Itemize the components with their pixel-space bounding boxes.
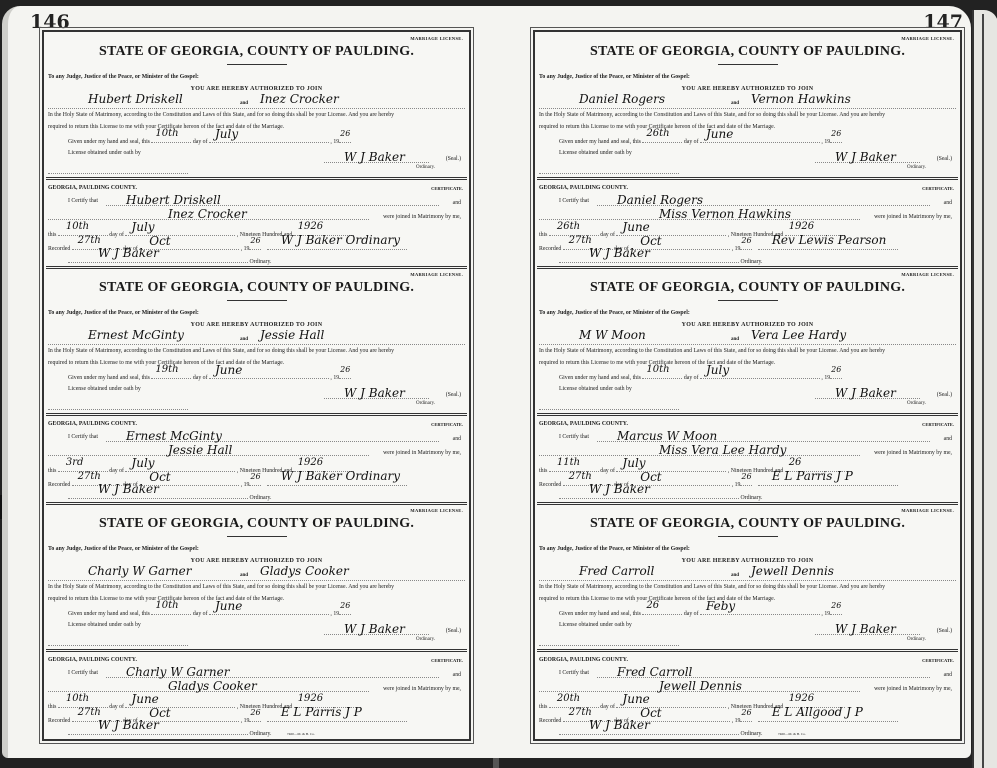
marriage-license-mark: MARRIAGE LICENSE. [410, 272, 463, 277]
marriage-license-mark: MARRIAGE LICENSE. [410, 508, 463, 513]
recorded-by-signature: W J Baker [98, 718, 159, 732]
license-body-1: In the Holy State of Matrimony, accordin… [48, 348, 394, 354]
given-month: June [215, 363, 242, 377]
this-label: this [48, 704, 56, 710]
seal-label: (Seal.) [937, 628, 952, 634]
oath-label: License obtained under oath by [68, 386, 141, 392]
license-title: STATE OF GEORGIA, COUNTY OF PAULDING. [535, 280, 960, 296]
ordinary-label: Ordinary. [416, 165, 435, 170]
seal-label: (Seal.) [446, 392, 461, 398]
given-day: 19th [155, 364, 178, 375]
recorded-year: 26 [741, 472, 751, 481]
page-edge [972, 10, 997, 768]
ordinary-signature: W J Baker [835, 622, 896, 636]
seal-label: (Seal.) [446, 156, 461, 162]
and-label: and [731, 337, 739, 342]
day-of-label: day of [600, 232, 615, 238]
given-label: Given under my hand and seal, this [559, 611, 641, 617]
oath-line [539, 409, 679, 410]
cert-groom-line: Charly W Garner [106, 677, 439, 678]
marriage-license-146-2: MARRIAGE LICENSE. STATE OF GEORGIA, COUN… [44, 268, 469, 503]
section-separator [537, 177, 958, 180]
cert-bride-name: Miss Vernon Hawkins [659, 207, 791, 221]
recorded-label: Recorded [539, 482, 561, 488]
given-line: Given under my hand and seal, this 26 da… [559, 608, 939, 617]
cert-groom-name: Fred Carroll [617, 665, 692, 679]
and-label: and [240, 337, 248, 342]
ordinary-label: Ordinary. [907, 637, 926, 642]
married-year: 26 [789, 457, 802, 468]
given-label: Given under my hand and seal, this [68, 139, 150, 145]
joined-label: were joined in Matrimony by me, [874, 450, 952, 456]
day-of-label: day of [684, 611, 699, 617]
cert-groom-name: Daniel Rogers [617, 193, 703, 207]
certificate-heading: GEORGIA, PAULDING COUNTY. [539, 421, 628, 427]
given-day: 10th [155, 128, 178, 139]
cert-bride-line: Gladys Cooker [48, 691, 369, 692]
married-month: July [131, 456, 154, 470]
marriage-license-146-1: MARRIAGE LICENSE. STATE OF GEORGIA, COUN… [44, 32, 469, 267]
and-label: and [731, 573, 739, 578]
ordinary-signature-line: W J Baker [815, 634, 920, 635]
recorded-day: 27th [569, 471, 592, 482]
day-of-label: day of [109, 232, 124, 238]
year-prefix: , 19 [330, 611, 339, 617]
title-rule [718, 536, 778, 537]
certificate-mark: CERTIFICATE. [431, 422, 463, 427]
cert-bride-name: Jewell Dennis [659, 679, 742, 693]
license-title: STATE OF GEORGIA, COUNTY OF PAULDING. [535, 516, 960, 532]
names-line: Fred Carroll and Jewell Dennis [539, 564, 956, 581]
cert-bride-line: Jessie Hall [48, 455, 369, 456]
recorded-label: Recorded [539, 718, 561, 724]
recorded-by-line: W J Baker Ordinary. [48, 256, 348, 265]
groom-name: Charly W Garner [88, 564, 191, 578]
recorded-year: 26 [250, 472, 260, 481]
ordinary-label: Ordinary. [907, 401, 926, 406]
ordinary-signature-line: W J Baker [324, 634, 429, 635]
cert-groom-line: Daniel Rogers [597, 205, 930, 206]
given-year: 26 [831, 365, 841, 374]
recorded-label: Recorded [48, 482, 70, 488]
given-year: 26 [340, 601, 350, 610]
addressee-line: To any Judge, Justice of the Peace, or M… [539, 546, 690, 552]
day-of-label: day of [193, 375, 208, 381]
day-of-label: day of [193, 611, 208, 617]
given-year: 26 [831, 129, 841, 138]
oath-label: License obtained under oath by [68, 150, 141, 156]
given-month: July [215, 127, 238, 141]
recorded-label: Recorded [539, 246, 561, 252]
marriage-license-147-1: MARRIAGE LICENSE. STATE OF GEORGIA, COUN… [535, 32, 960, 267]
printer-mark: 7460—M. & B. Co. [778, 732, 806, 736]
ordinary-label: Ordinary. [740, 495, 762, 501]
married-month: July [622, 456, 645, 470]
year-prefix: , 19 [330, 375, 339, 381]
day-of-label: day of [109, 704, 124, 710]
addressee-line: To any Judge, Justice of the Peace, or M… [539, 310, 690, 316]
year-prefix: , 19 [821, 139, 830, 145]
certify-label: I Certify that [68, 670, 98, 676]
this-label: this [539, 704, 547, 710]
day-of-label: day of [684, 375, 699, 381]
joined-label: were joined in Matrimony by me, [383, 686, 461, 692]
recorded-by-line: W J Baker Ordinary. 7460—M. & B. Co. [539, 728, 839, 737]
oath-line [48, 645, 188, 646]
license-body-1: In the Holy State of Matrimony, accordin… [539, 112, 885, 118]
given-label: Given under my hand and seal, this [68, 611, 150, 617]
ordinary-label: Ordinary. [416, 401, 435, 406]
section-separator [537, 649, 958, 652]
license-body-1: In the Holy State of Matrimony, accordin… [539, 584, 885, 590]
recorded-label: Recorded [48, 718, 70, 724]
married-day: 10th [66, 693, 89, 704]
joined-label: were joined in Matrimony by me, [874, 686, 952, 692]
marriage-license-mark: MARRIAGE LICENSE. [901, 508, 954, 513]
cert-bride-name: Gladys Cooker [168, 679, 257, 693]
oath-label: License obtained under oath by [559, 386, 632, 392]
bride-name: Jessie Hall [260, 328, 324, 342]
recorded-by-signature: W J Baker [98, 246, 159, 260]
ordinary-label: Ordinary. [907, 165, 926, 170]
given-year: 26 [340, 129, 350, 138]
bride-name: Inez Crocker [260, 92, 339, 106]
ordinary-signature-line: W J Baker [815, 162, 920, 163]
married-day: 3rd [66, 457, 84, 468]
names-line: M W Moon and Vera Lee Hardy [539, 328, 956, 345]
cert-groom-line: Hubert Driskell [106, 205, 439, 206]
and-label: and [240, 573, 248, 578]
given-year: 26 [831, 601, 841, 610]
recorded-year: 26 [250, 708, 260, 717]
given-label: Given under my hand and seal, this [559, 139, 641, 145]
printer-mark: 7460—M. & B. Co. [287, 732, 315, 736]
year-prefix: , 19 [732, 246, 741, 252]
oath-line [539, 173, 679, 174]
married-year: 1926 [298, 221, 323, 232]
license-title: STATE OF GEORGIA, COUNTY OF PAULDING. [44, 44, 469, 60]
recorded-by-line: W J Baker Ordinary. [539, 256, 839, 265]
married-year: 1926 [298, 457, 323, 468]
groom-name: Ernest McGinty [88, 328, 184, 342]
cert-and-label: and [453, 200, 461, 206]
cert-groom-name: Charly W Garner [126, 665, 229, 679]
given-label: Given under my hand and seal, this [68, 375, 150, 381]
given-day: 10th [155, 600, 178, 611]
certify-label: I Certify that [559, 434, 589, 440]
year-prefix: , 19 [330, 139, 339, 145]
married-day: 26th [557, 221, 580, 232]
married-day: 20th [557, 693, 580, 704]
day-of-label: day of [193, 139, 208, 145]
recorded-year: 26 [250, 236, 260, 245]
given-year: 26 [340, 365, 350, 374]
given-day: 26th [646, 128, 669, 139]
and-label: and [731, 101, 739, 106]
marriage-license-mark: MARRIAGE LICENSE. [901, 36, 954, 41]
given-month: June [706, 127, 733, 141]
married-year: 1926 [789, 221, 814, 232]
ordinary-label: Ordinary. [249, 259, 271, 265]
marriage-license-mark: MARRIAGE LICENSE. [901, 272, 954, 277]
addressee-line: To any Judge, Justice of the Peace, or M… [48, 74, 199, 80]
names-line: Ernest McGinty and Jessie Hall [48, 328, 465, 345]
left-frame: MARRIAGE LICENSE. STATE OF GEORGIA, COUN… [42, 30, 471, 741]
given-line: Given under my hand and seal, this 19th … [68, 372, 448, 381]
recorded-by-line: W J Baker Ordinary. 7460—M. & B. Co. [48, 728, 348, 737]
joined-label: were joined in Matrimony by me, [874, 214, 952, 220]
oath-label: License obtained under oath by [559, 150, 632, 156]
certificate-heading: GEORGIA, PAULDING COUNTY. [539, 185, 628, 191]
this-label: this [48, 468, 56, 474]
ordinary-signature: W J Baker [835, 386, 896, 400]
recorded-day: 27th [78, 235, 101, 246]
ordinary-label: Ordinary. [249, 495, 271, 501]
joined-label: were joined in Matrimony by me, [383, 214, 461, 220]
given-line: Given under my hand and seal, this 10th … [559, 372, 939, 381]
officiant-signature: W J Baker Ordinary [281, 233, 400, 247]
seal-label: (Seal.) [446, 628, 461, 634]
joined-label: were joined in Matrimony by me, [383, 450, 461, 456]
title-rule [718, 64, 778, 65]
cert-and-label: and [944, 200, 952, 206]
license-title: STATE OF GEORGIA, COUNTY OF PAULDING. [535, 44, 960, 60]
given-month: Feby [706, 599, 735, 613]
this-label: this [48, 232, 56, 238]
right-frame: MARRIAGE LICENSE. STATE OF GEORGIA, COUN… [533, 30, 962, 741]
cert-and-label: and [944, 436, 952, 442]
recorded-year: 26 [741, 236, 751, 245]
section-separator [46, 649, 467, 652]
year-prefix: , 19 [732, 482, 741, 488]
title-rule [227, 300, 287, 301]
officiant-signature: E L Parris J P [772, 469, 853, 483]
year-prefix: , 19 [241, 246, 250, 252]
married-month: June [622, 692, 649, 706]
ordinary-label: Ordinary. [416, 637, 435, 642]
recorded-by-line: W J Baker Ordinary. [539, 492, 839, 501]
addressee-line: To any Judge, Justice of the Peace, or M… [48, 546, 199, 552]
certify-label: I Certify that [68, 198, 98, 204]
recorded-by-line: W J Baker Ordinary. [48, 492, 348, 501]
officiant-signature: W J Baker Ordinary [281, 469, 400, 483]
ordinary-signature-line: W J Baker [815, 398, 920, 399]
license-body-1: In the Holy State of Matrimony, accordin… [48, 112, 394, 118]
married-month: July [131, 220, 154, 234]
cert-groom-line: Fred Carroll [597, 677, 930, 678]
recorded-day: 27th [569, 707, 592, 718]
marriage-license-146-3: MARRIAGE LICENSE. STATE OF GEORGIA, COUN… [44, 504, 469, 739]
oath-line [48, 173, 188, 174]
ordinary-label: Ordinary. [249, 731, 271, 737]
section-separator [537, 413, 958, 416]
certify-label: I Certify that [559, 670, 589, 676]
license-title: STATE OF GEORGIA, COUNTY OF PAULDING. [44, 516, 469, 532]
certificate-mark: CERTIFICATE. [922, 658, 954, 663]
license-body-1: In the Holy State of Matrimony, accordin… [539, 348, 885, 354]
ordinary-signature-line: W J Baker [324, 162, 429, 163]
cert-groom-name: Marcus W Moon [617, 429, 717, 443]
officiant-signature: Rev Lewis Pearson [772, 233, 887, 247]
groom-name: Fred Carroll [579, 564, 654, 578]
ordinary-label: Ordinary. [740, 259, 762, 265]
certificate-heading: GEORGIA, PAULDING COUNTY. [48, 185, 137, 191]
day-of-label: day of [600, 704, 615, 710]
year-prefix: , 19 [241, 718, 250, 724]
title-rule [227, 536, 287, 537]
ordinary-signature: W J Baker [344, 386, 405, 400]
married-year: 1926 [298, 693, 323, 704]
certificate-mark: CERTIFICATE. [431, 658, 463, 663]
cert-and-label: and [944, 672, 952, 678]
this-label: this [539, 468, 547, 474]
license-title: STATE OF GEORGIA, COUNTY OF PAULDING. [44, 280, 469, 296]
oath-label: License obtained under oath by [68, 622, 141, 628]
cert-groom-line: Ernest McGinty [106, 441, 439, 442]
certificate-heading: GEORGIA, PAULDING COUNTY. [48, 657, 137, 663]
oath-label: License obtained under oath by [559, 622, 632, 628]
cert-and-label: and [453, 672, 461, 678]
certificate-heading: GEORGIA, PAULDING COUNTY. [48, 421, 137, 427]
cert-bride-name: Miss Vera Lee Hardy [659, 443, 786, 457]
officiant-signature: E L Parris J P [281, 705, 362, 719]
certificate-mark: CERTIFICATE. [922, 186, 954, 191]
recorded-day: 27th [78, 471, 101, 482]
seal-label: (Seal.) [937, 392, 952, 398]
recorded-by-signature: W J Baker [589, 718, 650, 732]
names-line: Hubert Driskell and Inez Crocker [48, 92, 465, 109]
addressee-line: To any Judge, Justice of the Peace, or M… [48, 310, 199, 316]
recorded-day: 27th [569, 235, 592, 246]
cert-groom-line: Marcus W Moon [597, 441, 930, 442]
bride-name: Jewell Dennis [751, 564, 834, 578]
ordinary-signature: W J Baker [344, 622, 405, 636]
cert-bride-line: Inez Crocker [48, 219, 369, 220]
recorded-by-signature: W J Baker [589, 482, 650, 496]
day-of-label: day of [109, 468, 124, 474]
given-day: 26 [646, 600, 659, 611]
certificate-mark: CERTIFICATE. [922, 422, 954, 427]
recorded-label: Recorded [48, 246, 70, 252]
oath-line [48, 409, 188, 410]
names-line: Charly W Garner and Gladys Cooker [48, 564, 465, 581]
given-label: Given under my hand and seal, this [559, 375, 641, 381]
given-month: July [706, 363, 729, 377]
year-prefix: , 19 [732, 718, 741, 724]
bride-name: Vernon Hawkins [751, 92, 851, 106]
title-rule [718, 300, 778, 301]
day-of-label: day of [684, 139, 699, 145]
marriage-license-147-2: MARRIAGE LICENSE. STATE OF GEORGIA, COUN… [535, 268, 960, 503]
and-label: and [240, 101, 248, 106]
year-prefix: , 19 [821, 375, 830, 381]
section-separator [46, 413, 467, 416]
ordinary-signature: W J Baker [835, 150, 896, 164]
cert-bride-line: Miss Vernon Hawkins [539, 219, 860, 220]
cert-bride-name: Inez Crocker [168, 207, 247, 221]
ordinary-signature-line: W J Baker [324, 398, 429, 399]
day-of-label: day of [600, 468, 615, 474]
cert-groom-name: Hubert Driskell [126, 193, 221, 207]
married-day: 11th [557, 457, 580, 468]
married-month: June [131, 692, 158, 706]
certificate-heading: GEORGIA, PAULDING COUNTY. [539, 657, 628, 663]
seal-label: (Seal.) [937, 156, 952, 162]
bride-name: Vera Lee Hardy [751, 328, 846, 342]
officiant-signature: E L Allgood J P [772, 705, 863, 719]
given-line: Given under my hand and seal, this 10th … [68, 136, 448, 145]
certify-label: I Certify that [559, 198, 589, 204]
this-label: this [539, 232, 547, 238]
groom-name: Daniel Rogers [579, 92, 665, 106]
ordinary-signature: W J Baker [344, 150, 405, 164]
year-prefix: , 19 [821, 611, 830, 617]
cert-groom-name: Ernest McGinty [126, 429, 222, 443]
title-rule [227, 64, 287, 65]
given-line: Given under my hand and seal, this 26th … [559, 136, 939, 145]
cert-bride-line: Jewell Dennis [539, 691, 860, 692]
oath-line [539, 645, 679, 646]
given-line: Given under my hand and seal, this 10th … [68, 608, 448, 617]
marriage-license-147-3: MARRIAGE LICENSE. STATE OF GEORGIA, COUN… [535, 504, 960, 739]
groom-name: M W Moon [579, 328, 646, 342]
addressee-line: To any Judge, Justice of the Peace, or M… [539, 74, 690, 80]
married-year: 1926 [789, 693, 814, 704]
cert-and-label: and [453, 436, 461, 442]
year-prefix: , 19 [241, 482, 250, 488]
certificate-mark: CERTIFICATE. [431, 186, 463, 191]
recorded-day: 27th [78, 707, 101, 718]
recorded-by-signature: W J Baker [589, 246, 650, 260]
cert-bride-line: Miss Vera Lee Hardy [539, 455, 860, 456]
bride-name: Gladys Cooker [260, 564, 349, 578]
recorded-by-signature: W J Baker [98, 482, 159, 496]
license-body-1: In the Holy State of Matrimony, accordin… [48, 584, 394, 590]
married-month: June [622, 220, 649, 234]
section-separator [46, 177, 467, 180]
cert-bride-name: Jessie Hall [168, 443, 232, 457]
given-month: June [215, 599, 242, 613]
groom-name: Hubert Driskell [88, 92, 183, 106]
marriage-license-mark: MARRIAGE LICENSE. [410, 36, 463, 41]
certify-label: I Certify that [68, 434, 98, 440]
ordinary-label: Ordinary. [740, 731, 762, 737]
recorded-year: 26 [741, 708, 751, 717]
names-line: Daniel Rogers and Vernon Hawkins [539, 92, 956, 109]
given-day: 10th [646, 364, 669, 375]
married-day: 10th [66, 221, 89, 232]
